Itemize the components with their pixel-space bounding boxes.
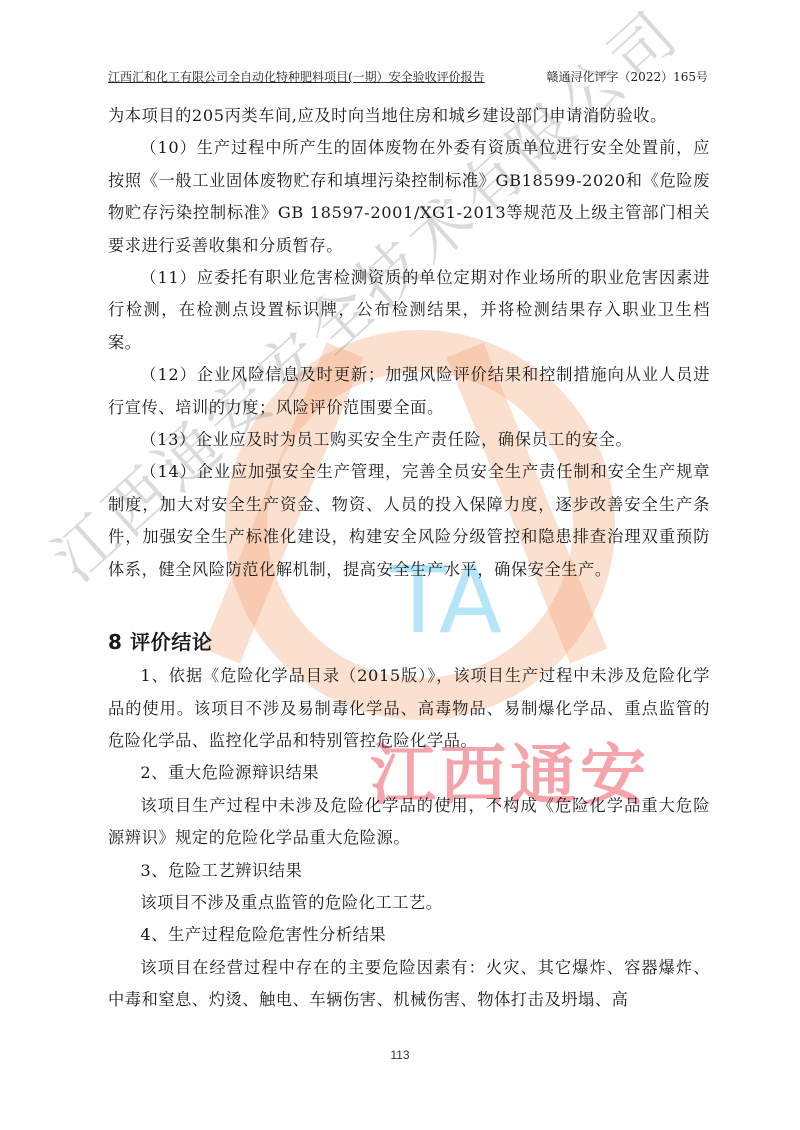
conclusion-3-heading: 3、危险工艺辨识结果 [108,855,710,887]
document-number: 赣通浔化评字（2022）165号 [547,68,708,85]
paragraph-item-12: （12）企业风险信息及时更新；加强风险评价结果和控制措施向从业人员进行宣传、培训… [108,359,710,424]
conclusion-2-body: 该项目生产过程中未涉及危险化学品的使用，不构成《危险化学品重大危险源辨识》规定的… [108,790,710,855]
paragraph-item-13: （13）企业应及时为员工购买安全生产责任险，确保员工的安全。 [108,424,710,456]
conclusion-2-heading: 2、重大危险源辩识结果 [108,757,710,789]
page-body: 为本项目的205丙类车间,应及时向当地住房和城乡建设部门申请消防验收。 （10）… [108,100,710,1017]
paragraph-continuation: 为本项目的205丙类车间,应及时向当地住房和城乡建设部门申请消防验收。 [108,100,710,132]
report-title: 江西汇和化工有限公司全自动化特种肥料项目(一期）安全验收评价报告 [108,68,485,85]
paragraph-item-10: （10）生产过程中所产生的固体废物在外委有资质单位进行安全处置前，应按照《一般工… [108,132,710,262]
paragraph-item-14: （14）企业应加强安全生产管理，完善全员安全生产责任制和安全生产规章制度，加大对… [108,456,710,586]
paragraph-item-11: （11）应委托有职业危害检测资质的单位定期对作业场所的职业危害因素进行检测，在检… [108,262,710,359]
section-heading: 8 评价结论 [108,624,710,660]
conclusion-4-heading: 4、生产过程危险危害性分析结果 [108,919,710,951]
page-header: 江西汇和化工有限公司全自动化特种肥料项目(一期）安全验收评价报告 赣通浔化评字（… [108,68,708,88]
conclusion-3-body: 该项目不涉及重点监管的危险化工工艺。 [108,887,710,919]
conclusion-1: 1、依据《危险化学品目录（2015版）》，该项目生产过程中未涉及危险化学品的使用… [108,660,710,757]
page-number: 113 [0,1048,800,1062]
conclusion-4-body: 该项目在经营过程中存在的主要危险因素有：火灾、其它爆炸、容器爆炸、中毒和窒息、灼… [108,952,710,1017]
